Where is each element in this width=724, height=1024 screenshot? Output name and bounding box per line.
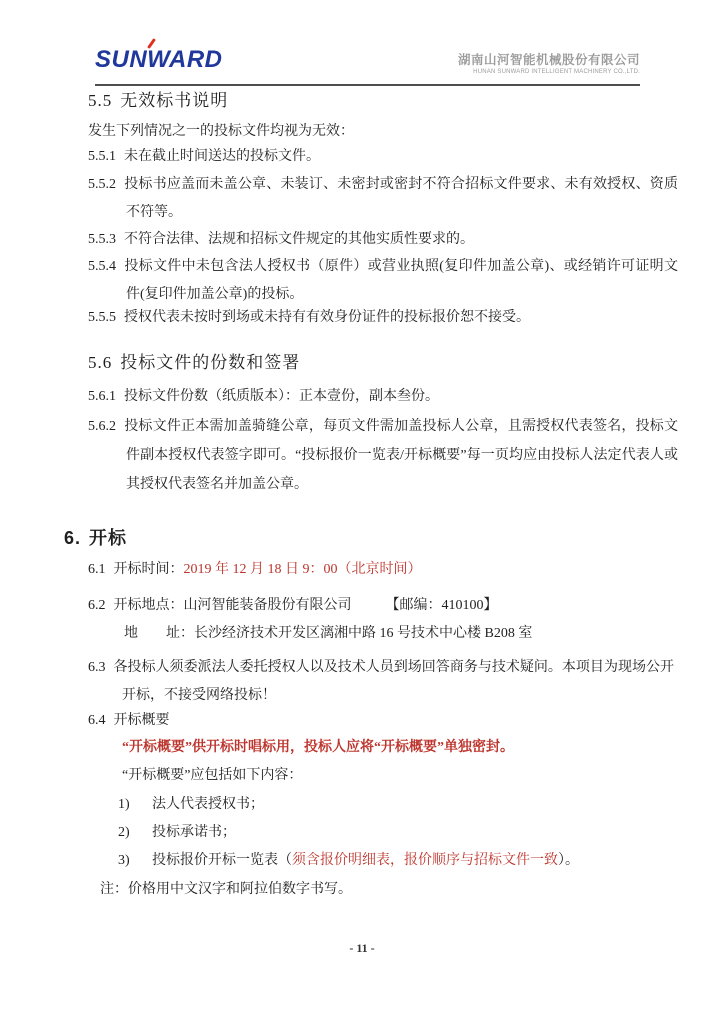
section-5-5-heading: 5.5无效标书说明 xyxy=(88,88,640,114)
list-item-2: 2)投标承诺书； xyxy=(88,819,670,847)
clause-number: 6.3 xyxy=(88,660,106,675)
list-text: 投标承诺书； xyxy=(152,825,236,840)
clause-text: 投标文件正本需加盖骑缝公章，每页文件需加盖投标人公章，且需授权代表签名，投标文件… xyxy=(124,419,678,492)
document-page: SUNWARD 湖南山河智能机械股份有限公司 HUNAN SUNWARD INT… xyxy=(0,0,724,1024)
clause-6-4-red-note: “开标概要”供开标时唱标用，投标人应将“开标概要”单独密封。 xyxy=(88,734,674,762)
clause-number: 5.6.2 xyxy=(88,419,116,434)
price-note: 注：价格用中文汉字和阿拉伯数字书写。 xyxy=(88,876,652,904)
clause-5-6-1: 5.6.1投标文件份数（纸质版本）：正本壹份，副本叁份。 xyxy=(88,383,678,411)
section-number: 6. xyxy=(64,528,81,548)
clause-number: 6.1 xyxy=(88,562,106,577)
clause-label: 开标时间： xyxy=(114,562,184,577)
clause-5-5-4: 5.5.4投标文件中未包含法人授权书（原件）或营业执照(复印件加盖公章)、或经销… xyxy=(88,253,678,309)
page-number: - 11 - xyxy=(0,941,724,956)
clause-number: 5.5.3 xyxy=(88,232,116,247)
clause-number: 5.5.2 xyxy=(88,177,116,192)
postal-code: 【邮编：410100】 xyxy=(386,598,498,613)
clause-text: 不符合法律、法规和招标文件规定的其他实质性要求的。 xyxy=(124,232,474,247)
address-value: 长沙经济技术开发区漓湘中路 16 号技术中心楼 B208 室 xyxy=(194,626,532,641)
section-6-heading: 6.开标 xyxy=(64,524,616,552)
clause-5-5-1: 5.5.1未在截止时间送达的投标文件。 xyxy=(88,143,678,171)
clause-6-2: 6.2开标地点：山河智能装备股份有限公司【邮编：410100】 xyxy=(88,592,674,620)
clause-number: 5.5.1 xyxy=(88,149,116,164)
clause-5-5-3: 5.5.3不符合法律、法规和招标文件规定的其他实质性要求的。 xyxy=(88,226,678,254)
section-title: 开标 xyxy=(89,528,127,548)
section-number: 5.6 xyxy=(88,353,112,372)
clause-number: 5.5.4 xyxy=(88,259,116,274)
list-item-1: 1)法人代表授权书； xyxy=(88,791,670,819)
clause-6-4-include-line: “开标概要”应包括如下内容： xyxy=(88,762,674,790)
clause-text: 投标文件份数（纸质版本）：正本壹份，副本叁份。 xyxy=(124,389,439,404)
list-number: 2) xyxy=(118,819,152,847)
company-name-cn: 湖南山河智能机械股份有限公司 xyxy=(458,50,640,68)
list-number: 3) xyxy=(118,847,152,875)
list-text-red: 须含报价明细表，报价顺序与招标文件一致 xyxy=(292,853,558,868)
list-text-end: ）。 xyxy=(558,853,579,868)
list-text: 投标报价开标一览表（ xyxy=(152,853,292,868)
company-header: 湖南山河智能机械股份有限公司 HUNAN SUNWARD INTELLIGENT… xyxy=(458,50,640,75)
clause-6-2-address: 地 址：长沙经济技术开发区漓湘中路 16 号技术中心楼 B208 室 xyxy=(88,620,676,648)
sunward-logo: SUNWARD xyxy=(95,46,223,74)
list-item-3: 3)投标报价开标一览表（须含报价明细表，报价顺序与招标文件一致）。 xyxy=(88,847,670,875)
company-name-en: HUNAN SUNWARD INTELLIGENT MACHINERY CO.,… xyxy=(458,69,640,75)
clause-text: 投标书应盖而未盖公章、未装订、未密封或密封不符合招标文件要求、未有效授权、资质不… xyxy=(124,177,678,220)
clause-text: 各投标人须委派法人委托授权人以及技术人员到场回答商务与技术疑问。本项目为现场公开… xyxy=(114,660,675,703)
clause-6-1: 6.1开标时间：2019 年 12 月 18 日 9：00（北京时间） xyxy=(88,556,674,584)
section-title: 无效标书说明 xyxy=(120,91,228,110)
clause-5-6-2: 5.6.2投标文件正本需加盖骑缝公章，每页文件需加盖投标人公章，且需授权代表签名… xyxy=(88,412,678,499)
bid-opening-time: 2019 年 12 月 18 日 9：00（北京时间） xyxy=(184,562,422,577)
section-5-5-intro: 发生下列情况之一的投标文件均视为无效： xyxy=(88,118,640,146)
clause-text: 投标文件中未包含法人授权书（原件）或营业执照(复印件加盖公章)、或经销许可证明文… xyxy=(124,259,678,302)
header-divider xyxy=(95,84,640,86)
clause-title: 开标概要 xyxy=(114,713,170,728)
clause-number: 5.5.5 xyxy=(88,310,116,325)
clause-5-5-2: 5.5.2投标书应盖而未盖公章、未装订、未密封或密封不符合招标文件要求、未有效授… xyxy=(88,171,678,227)
clause-label: 开标地点： xyxy=(114,598,184,613)
section-5-6-heading: 5.6投标文件的份数和签署 xyxy=(88,350,640,376)
clause-6-3: 6.3各投标人须委派法人委托授权人以及技术人员到场回答商务与技术疑问。本项目为现… xyxy=(88,654,674,710)
clause-text: 未在截止时间送达的投标文件。 xyxy=(124,149,320,164)
list-text: 法人代表授权书； xyxy=(152,797,264,812)
address-label: 地 址： xyxy=(124,626,194,641)
section-number: 5.5 xyxy=(88,91,112,110)
bid-opening-place: 山河智能装备股份有限公司 xyxy=(184,598,352,613)
list-number: 1) xyxy=(118,791,152,819)
clause-number: 5.6.1 xyxy=(88,389,116,404)
clause-number: 6.2 xyxy=(88,598,106,613)
clause-5-5-5: 5.5.5授权代表未按时到场或未持有有效身份证件的投标报价恕不接受。 xyxy=(88,304,678,332)
clause-text: 授权代表未按时到场或未持有有效身份证件的投标报价恕不接受。 xyxy=(124,310,530,325)
section-title: 投标文件的份数和签署 xyxy=(120,353,300,372)
clause-6-4-heading: 6.4开标概要 xyxy=(88,707,640,735)
clause-number: 6.4 xyxy=(88,713,106,728)
